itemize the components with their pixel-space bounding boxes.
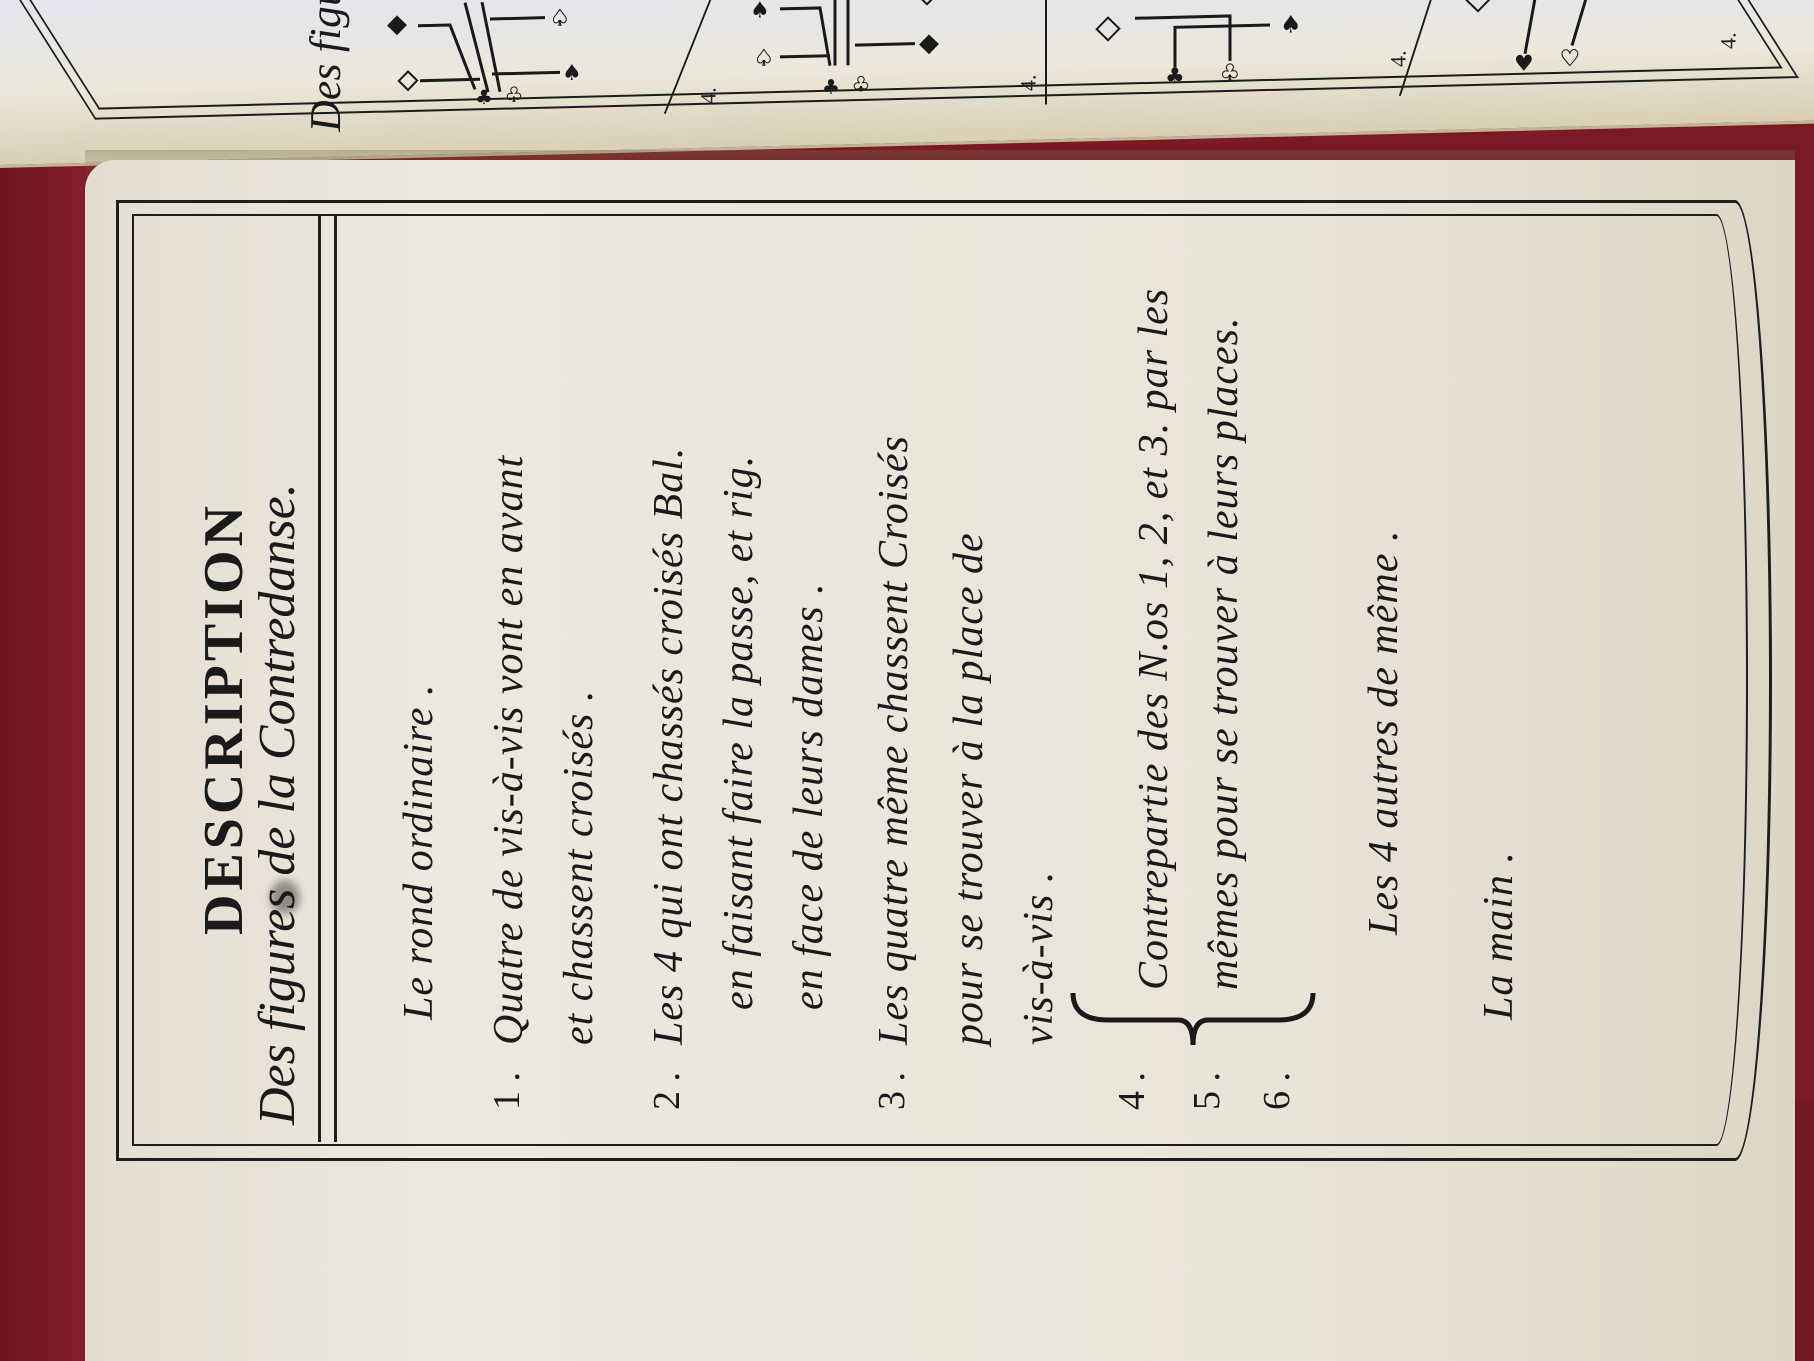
diamond-open-icon [1097,18,1120,41]
title-rule [334,214,337,1142]
diamond-open-icon [399,72,417,90]
entry-2-line-1: Les 4 qui ont chassés croisés Bal. [645,447,693,1045]
club-open-icon: ♣ [505,82,523,106]
entry-3-line-1: Les quatre même chassent Croisés [870,435,918,1045]
club-filled-icon: ♣ [475,85,493,107]
entry-number-4: 4 . [1110,1072,1154,1110]
entry-la-main: La main . [1475,851,1523,1020]
entry-rond-ordinaire: Le rond ordinaire . [395,684,443,1020]
entry-number-3: 3 . [870,1072,914,1110]
spade-open-icon: ♠ [550,6,570,31]
dance-figure-diagram-4: ♠ ♥ ♥ [1450,0,1710,81]
spade-filled-icon: ♠ [562,61,582,86]
spade-filled-icon: ♠ [1638,0,1658,6]
club-open-icon: ♣ [1220,61,1240,86]
previous-page-strip: Des figu ♠ ♠ ♣ ♣ 4. ♠ ♠ [0,0,1814,168]
diamond-filled-icon [387,15,407,35]
dance-figure-diagram-3: ♠ ♣ ♣ [1080,0,1340,90]
entry-number-2: 2 . [645,1072,689,1110]
heart-open-icon: ♥ [1560,46,1580,71]
figure-number: 4. [1385,50,1411,67]
figure-number: 4. [695,87,721,104]
entry-2-line-2: en faisant faire la passe, et rig. [715,455,763,1010]
entry-3-line-3: vis-à-vis . [1015,871,1063,1045]
entry-1-line-2: et chassent croisés . [555,690,603,1045]
entry-number-5: 5 . [1185,1072,1229,1110]
grouping-brace [1068,985,1318,1055]
club-filled-icon: ♣ [822,74,840,97]
entry-2-line-3: en face de leurs dames . [785,582,833,1010]
spade-filled-icon: ♠ [750,0,770,24]
title-rule [318,214,321,1142]
dance-figure-diagram-1: ♠ ♠ ♣ ♣ [380,0,640,107]
diamond-open-icon [1467,0,1490,11]
spade-open-icon: ♠ [754,46,774,71]
figure-number: 4. [1715,32,1741,49]
dance-figure-diagram-2: ♠ ♠ ♣ ♣ [740,0,1000,98]
previous-page-title: Des figu [300,0,351,133]
entry-number-1: 1 . [485,1072,529,1110]
entry-1-line-1: Quatre de vis-à-vis vont en avant [485,455,533,1045]
figure-number: 4. [1015,74,1041,91]
entry-456-line-2: mêmes pour se trouver à leurs places. [1200,316,1248,990]
club-open-icon: ♣ [852,72,870,96]
entry-les-4-autres: Les 4 autres de même . [1360,530,1408,935]
diamond-open-icon [917,0,937,4]
entry-3-line-2: pour se trouver à la place de [945,532,993,1045]
figure-divider [1045,0,1047,104]
diamond-filled-icon [919,34,939,54]
entry-456-line-1: Contrepartie des N.os 1, 2, et 3. par le… [1130,288,1178,990]
club-filled-icon: ♣ [1165,64,1185,89]
spade-filled-icon: ♠ [1280,10,1302,39]
page-subtitle: Des figures de la Contredanse. [248,483,307,1125]
page-title: DESCRIPTION [192,502,256,935]
heart-filled-icon: ♥ [1514,52,1534,77]
entry-number-6: 6 . [1255,1072,1299,1110]
